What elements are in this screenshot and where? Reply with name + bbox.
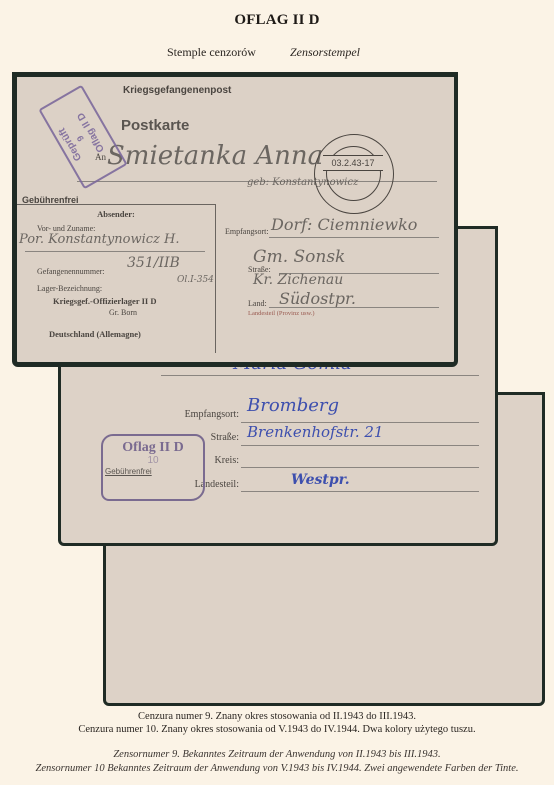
sender-name: Por. Konstantynowicz H.: [19, 232, 179, 247]
recipient-name: Smietanka Anna: [107, 141, 323, 171]
censor-stamp-9: Geprüft 9 Oflag II D: [38, 85, 127, 190]
pow-number-label: Gefangenennummer:: [37, 267, 105, 276]
caption-pl-1: Cenzura numer 9. Znany okres stosowania …: [0, 711, 554, 722]
postcard-1: Kriegsgefangenenpost Postkarte An Smieta…: [12, 72, 458, 367]
camp-label: Lager-Bezeichnung:: [37, 284, 102, 293]
sender-country: Deutschland (Allemagne): [49, 329, 141, 339]
empfangsort-value: Dorf: Ciemniewko: [271, 215, 417, 234]
postmark-date: 03.2.43-17: [323, 155, 383, 171]
caption-de-2: Zensornumer 10 Bekanntes Zeitraum der An…: [0, 763, 554, 774]
land-label: Land:: [248, 299, 267, 308]
censor-stamp-10-violet: Oflag II D 10 Gebührenfrei: [101, 434, 205, 501]
subtitle-german: Zensorstempel: [290, 45, 360, 60]
sender-box: Absender: Vor- und Zuname: Por. Konstant…: [17, 204, 216, 353]
empfangsort-label: Empfangsort:: [225, 227, 269, 236]
camp-name: Kriegsgef.-Offizierlager II D: [53, 296, 156, 306]
pow-note: Ol.I-354: [177, 275, 214, 285]
card-type: Postkarte: [121, 117, 189, 134]
caption-pl-2: Cenzura numer 10. Znany okres stosowania…: [0, 724, 554, 735]
kreis-value: Kr. Zichenau: [253, 272, 343, 288]
sender-header: Absender:: [17, 209, 215, 219]
caption-de-1: Zensornumer 9. Bekanntes Zeitraum der An…: [0, 749, 554, 760]
postmark-stamp: 03.2.43-17: [314, 134, 394, 214]
field-value: Westpr.: [291, 472, 350, 488]
pow-number: 351/IIB: [127, 255, 180, 271]
gemeinde-value: Gm. Sonsk: [253, 247, 345, 267]
card-header: Kriegsgefangenenpost: [123, 85, 231, 96]
camp-location: Gr. Born: [109, 308, 137, 317]
field-value: Bromberg: [247, 395, 339, 416]
landesteil-label: Landesteil (Provinz usw.): [248, 310, 315, 317]
subtitle-polish: Stemple cenzorów: [167, 45, 256, 60]
field-label: Empfangsort:: [129, 409, 239, 420]
land-value: Südostpr.: [279, 289, 356, 308]
page-title: OFLAG II D: [0, 12, 554, 29]
field-value: Brenkenhofstr. 21: [247, 423, 383, 441]
